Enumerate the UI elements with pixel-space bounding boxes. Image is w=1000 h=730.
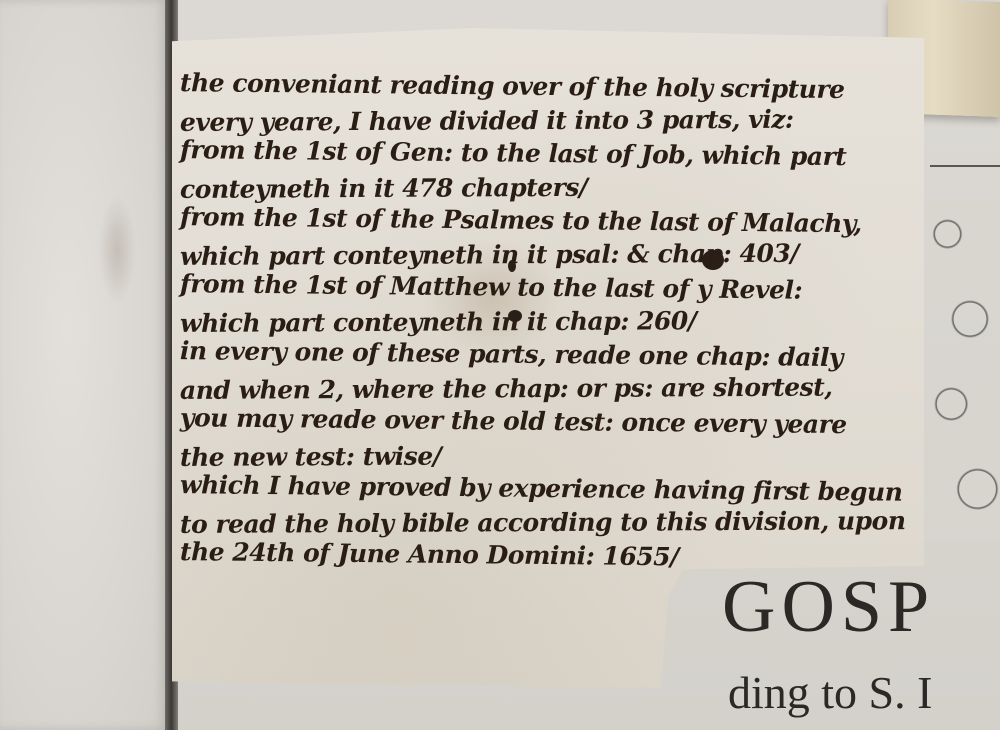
book-photograph: GOSP ding to S. I the conveniant reading…: [0, 0, 1000, 730]
left-blank-page: [0, 0, 168, 730]
paper-stain: [98, 195, 136, 305]
handwritten-text: the conveniant reading over of the holy …: [180, 70, 920, 573]
handwritten-line: from the 1st of Gen: to the last of Job,…: [180, 133, 920, 174]
handwritten-line: from the 1st of the Psalmes to the last …: [180, 200, 920, 241]
handwritten-line: in every one of these parts, reade one c…: [180, 334, 920, 375]
printed-subline: ding to S. I: [728, 670, 932, 716]
printed-rule-line: [930, 165, 1000, 167]
handwritten-line: you may reade over the old test: once ev…: [180, 401, 920, 442]
handwritten-line: which I have proved by experience having…: [180, 468, 920, 509]
handwritten-line: from the 1st of Matthew to the last of y…: [180, 267, 920, 308]
printed-heading: GOSP: [722, 570, 935, 644]
handwritten-line: the conveniant reading over of the holy …: [180, 66, 920, 107]
floral-ornament-icon: [925, 200, 1000, 540]
